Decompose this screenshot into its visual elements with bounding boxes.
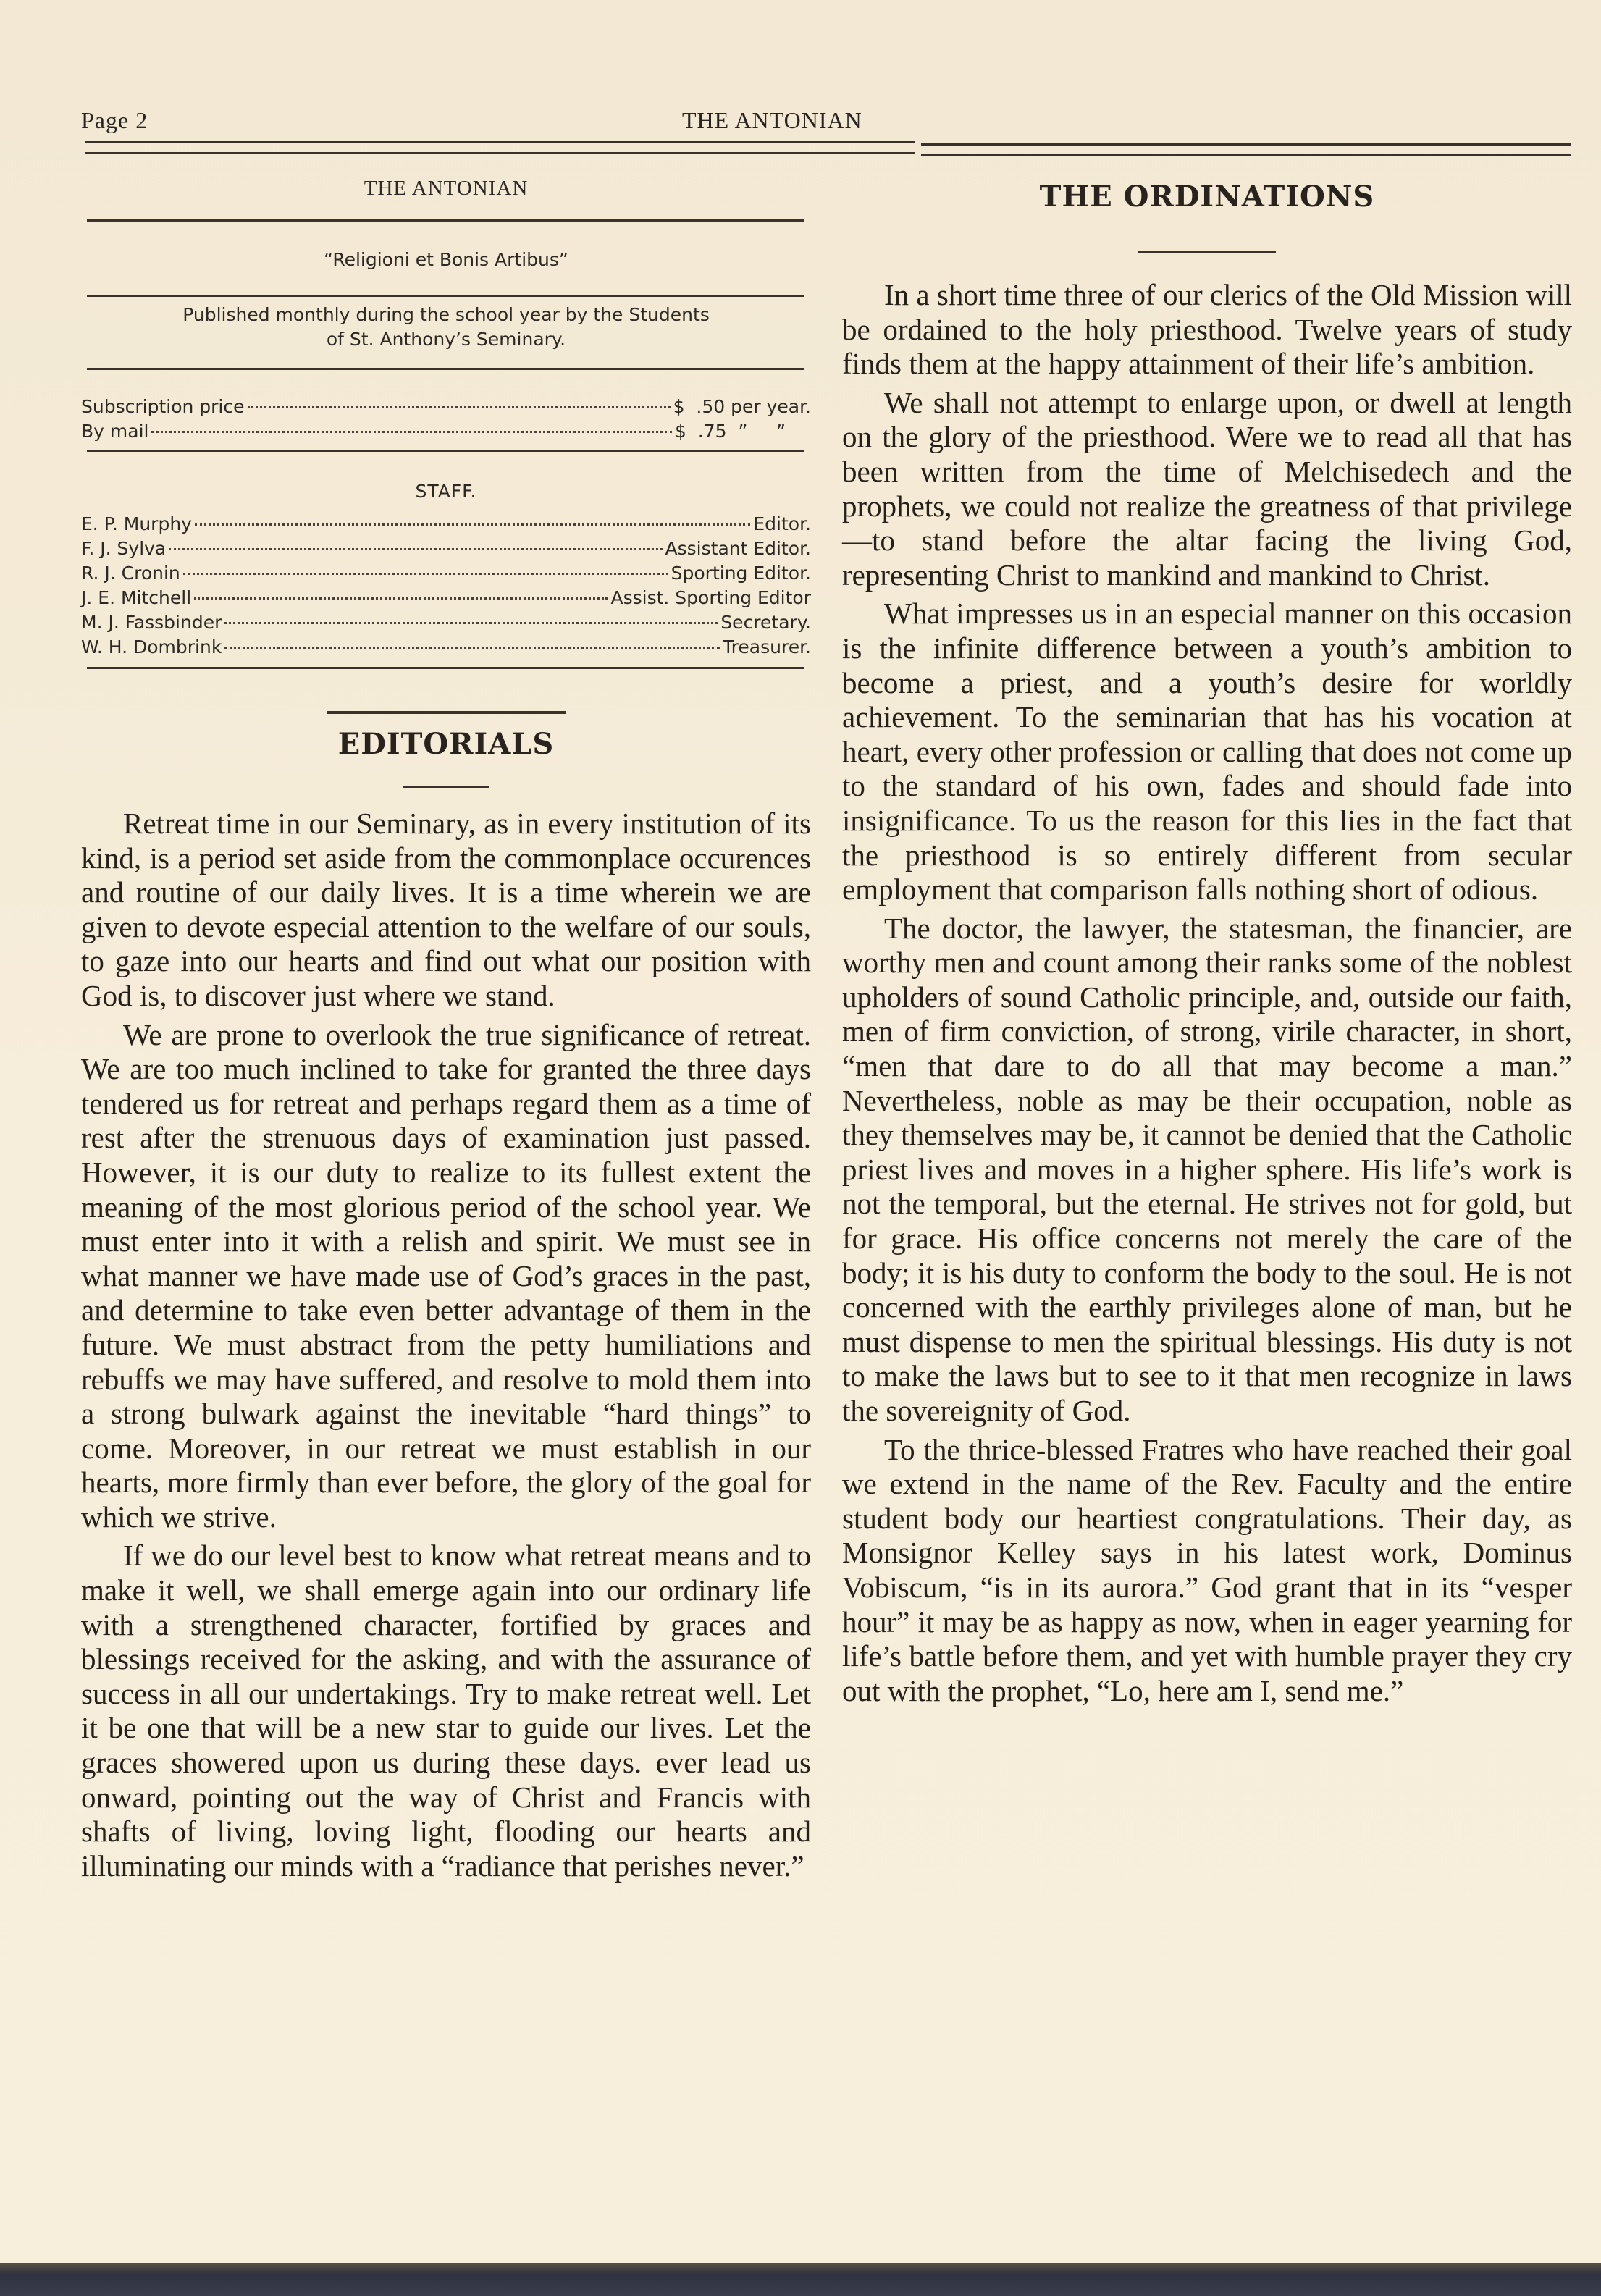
dot-leader [183,573,668,575]
staff-role: Secretary. [720,610,811,635]
paragraph: In a short time three of our clerics of … [842,278,1572,382]
staff-heading: STAFF. [81,481,811,502]
ordinations-heading: THE ORDINATIONS [842,180,1572,214]
masthead-title: THE ANTONIAN [81,177,811,201]
subscription-value: $ .50 per year. [673,395,811,419]
publisher-info: Published monthly during the school year… [81,303,811,352]
masthead-box: THE ANTONIAN “Religioni et Bonis Artibus… [81,177,811,669]
staff-row: W. H. DombrinkTreasurer. [81,635,811,660]
editorials-section: EDITORIALS Retreat time in our Seminary,… [81,711,811,1883]
dot-leader [224,647,720,649]
subscription-label: Subscription price [81,395,245,419]
staff-name: M. J. Fassbinder [81,610,222,635]
divider [87,295,804,297]
divider [87,667,804,669]
paragraph: Retreat time in our Seminary, as in ever… [81,807,811,1014]
newspaper-page: Page 2 THE ANTONIAN THE ANTONIAN “Religi… [0,0,1601,2266]
subscription-row: By mail $ .75 ” ” [81,419,811,444]
right-column: THE ORDINATIONS In a short time three of… [842,174,1572,1708]
divider [87,219,804,222]
editorials-body: Retreat time in our Seminary, as in ever… [81,807,811,1883]
header-double-rule [85,141,915,154]
staff-role: Assist. Sporting Editor [610,586,811,610]
running-head: Page 2 THE ANTONIAN [81,107,1566,136]
subscription-list: Subscription price $ .50 per year. By ma… [81,395,811,444]
dot-leader [194,597,608,600]
staff-row: J. E. MitchellAssist. Sporting Editor [81,586,811,610]
staff-row: R. J. CroninSporting Editor. [81,561,811,586]
staff-row: E. P. MurphyEditor. [81,512,811,537]
staff-row: M. J. FassbinderSecretary. [81,610,811,635]
page-number: Page 2 [81,107,148,134]
dot-leader [151,431,672,433]
paragraph: We shall not attempt to enlarge upon, or… [842,386,1572,593]
staff-name: W. H. Dombrink [81,635,222,660]
paragraph: We are prone to overlook the true signif… [81,1018,811,1535]
staff-list: E. P. MurphyEditor.F. J. SylvaAssistant … [81,512,811,660]
subscription-label: By mail [81,419,148,444]
scan-background-edge [0,2263,1601,2296]
dot-leader [169,548,662,550]
staff-role: Treasurer. [723,635,811,660]
heading-underline [403,786,489,788]
paragraph: To the thrice-blessed Fratres who have r… [842,1433,1572,1709]
staff-role: Assistant Editor. [665,537,811,561]
paragraph: If we do our level best to know what ret… [81,1539,811,1883]
staff-row: F. J. SylvaAssistant Editor. [81,537,811,561]
heading-underline [1138,251,1276,253]
subscription-value: $ .75 ” ” [675,419,811,444]
header-double-rule [921,143,1571,156]
dot-leader [224,622,718,624]
staff-name: J. E. Mitchell [81,586,191,610]
paragraph: What impresses us in an especial manner … [842,597,1572,907]
staff-name: F. J. Sylva [81,537,166,561]
staff-name: R. J. Cronin [81,561,180,586]
left-column: THE ANTONIAN “Religioni et Bonis Artibus… [81,174,811,1883]
paragraph: The doctor, the lawyer, the statesman, t… [842,912,1572,1429]
staff-role: Editor. [753,512,811,537]
editorials-heading: EDITORIALS [81,727,811,761]
divider [87,368,804,370]
publisher-line: of St. Anthony’s Seminary. [81,327,811,352]
publisher-line: Published monthly during the school year… [81,303,811,327]
running-title: THE ANTONIAN [682,107,862,134]
subscription-row: Subscription price $ .50 per year. [81,395,811,419]
staff-name: E. P. Murphy [81,512,192,537]
dot-leader [195,523,750,526]
heading-rule [327,711,566,714]
staff-role: Sporting Editor. [671,561,811,586]
divider [87,450,804,452]
dot-leader [248,406,671,408]
masthead-motto: “Religioni et Bonis Artibus” [81,249,811,270]
ordinations-body: In a short time three of our clerics of … [842,278,1572,1708]
